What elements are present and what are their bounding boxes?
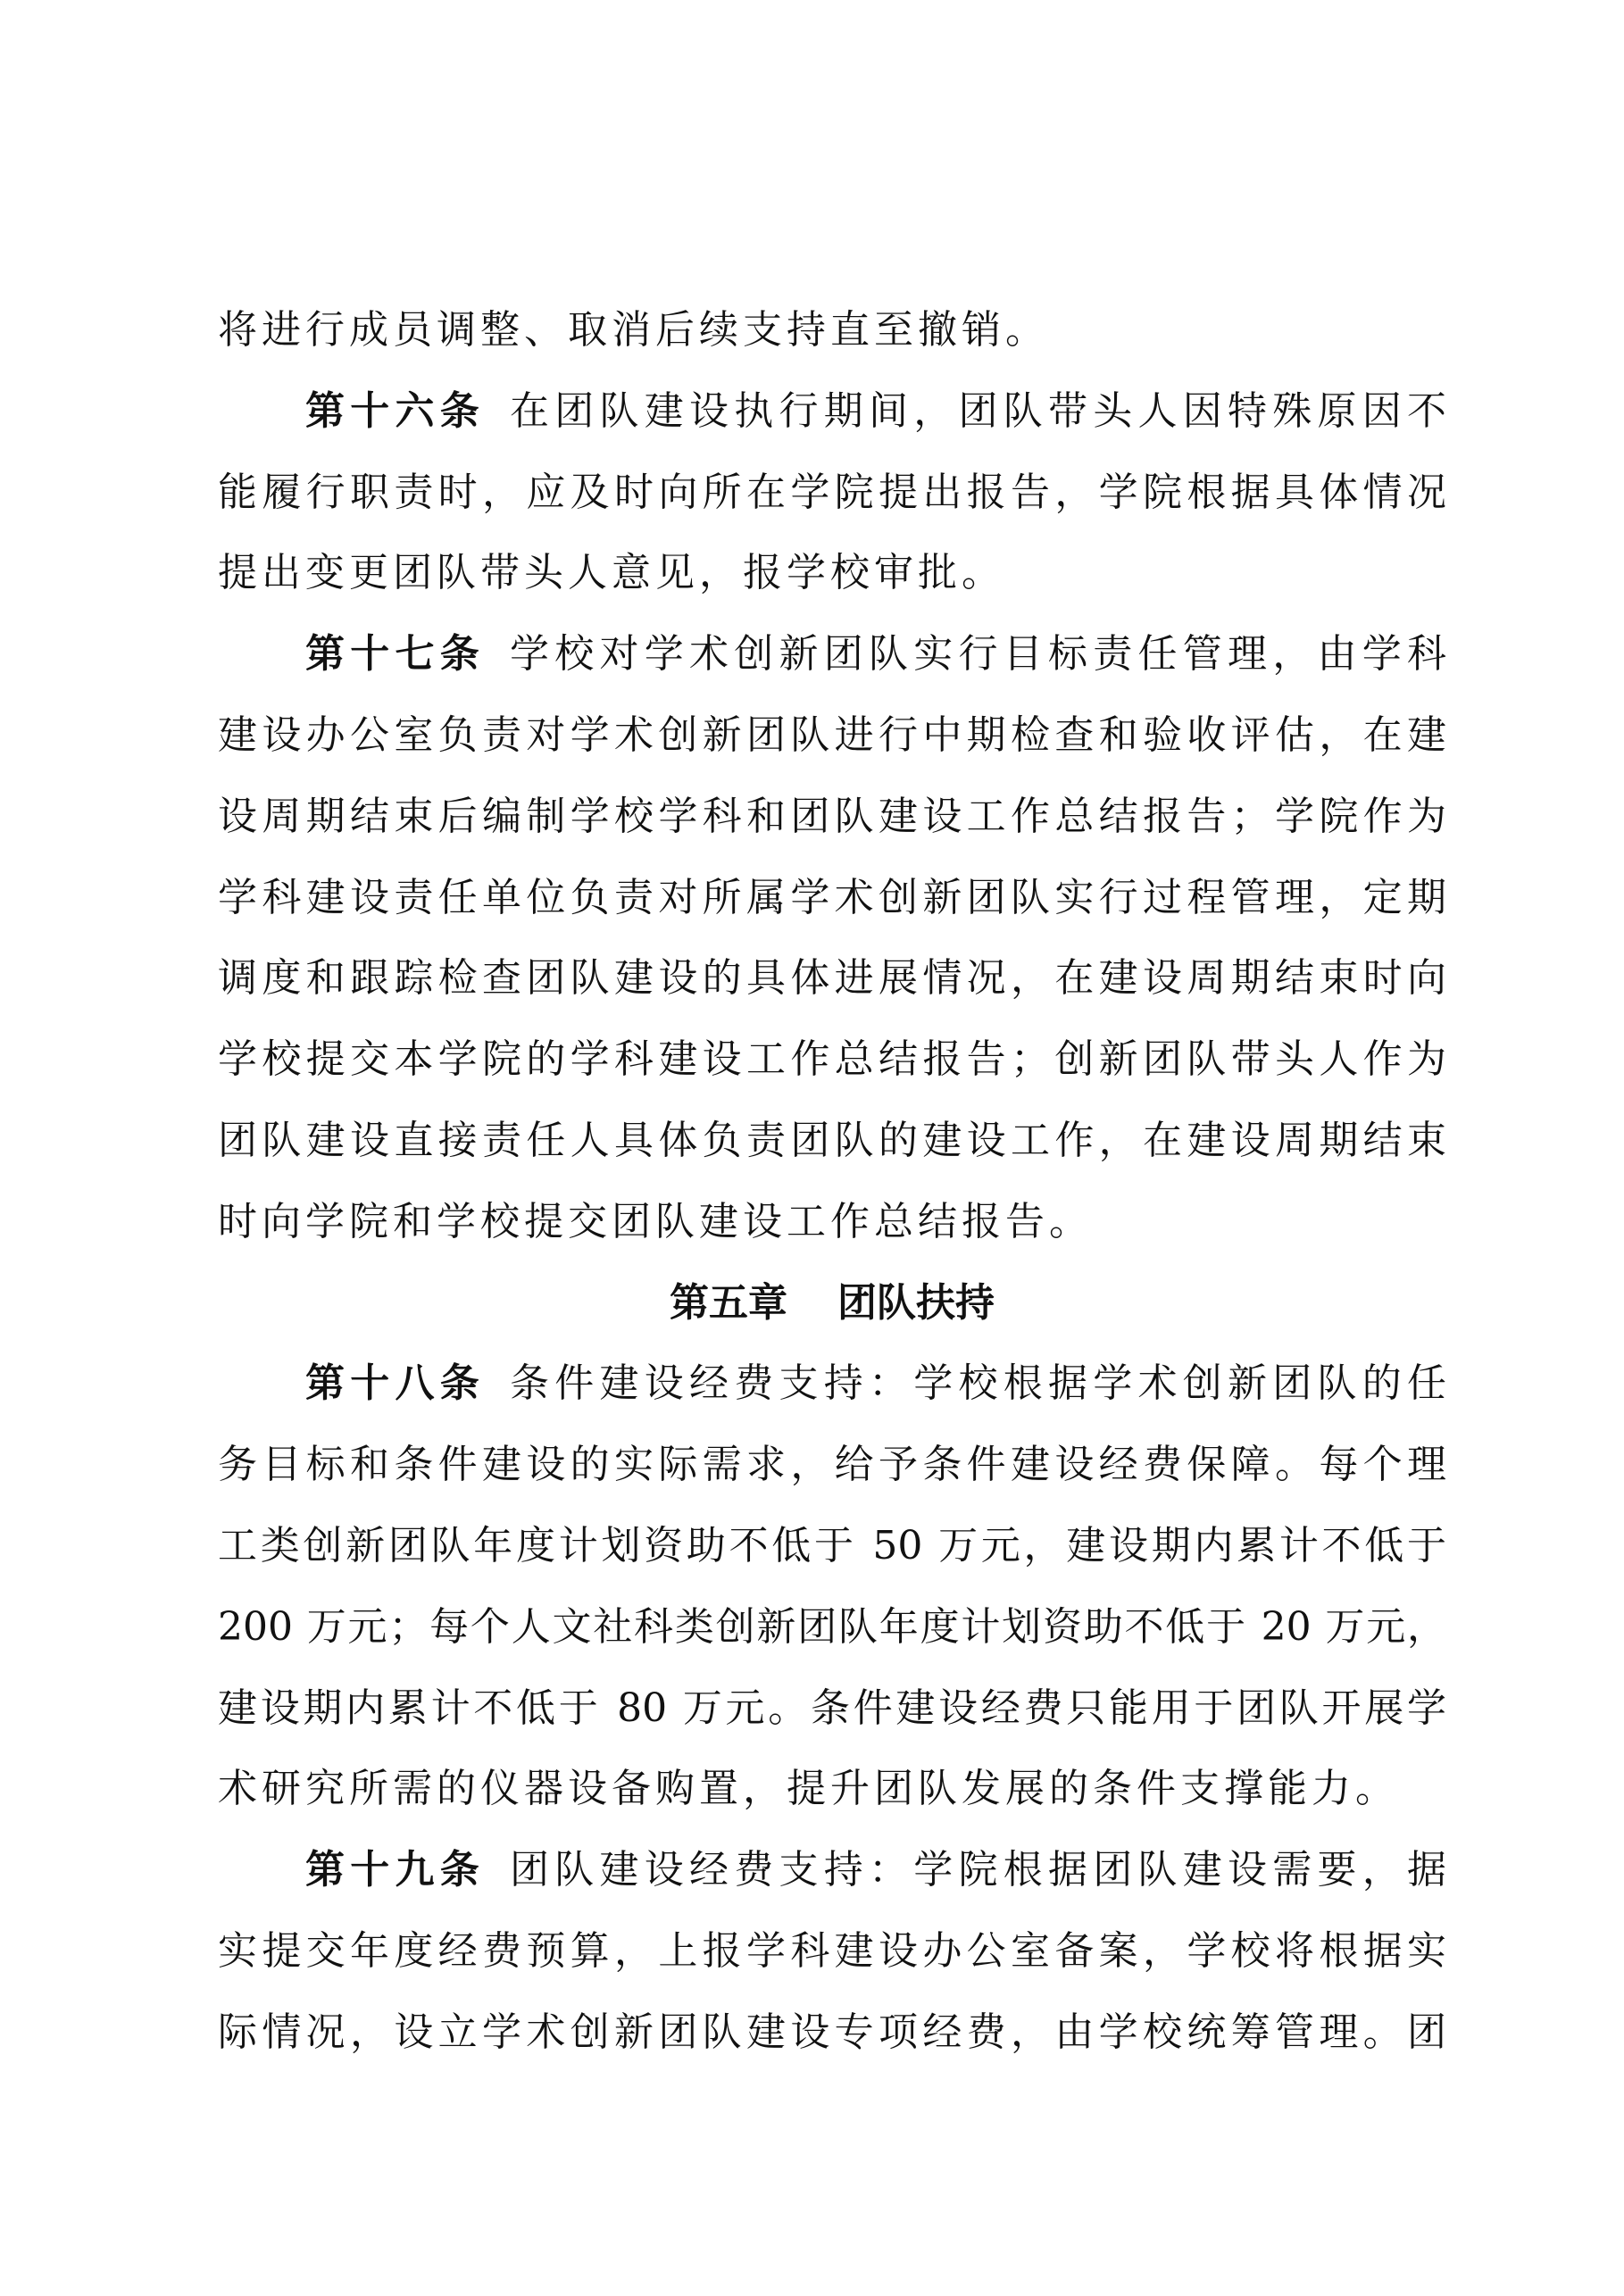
text-line: 建设办公室负责对学术创新团队进行中期检查和验收评估，在建 xyxy=(218,695,1446,777)
article-label: 第十八条 xyxy=(305,1360,485,1406)
chapter-heading: 第五章团队扶持 xyxy=(218,1263,1446,1344)
document-page: 将进行成员调整、取消后续支持直至撤销。 第十六条在团队建设执行期间，团队带头人因… xyxy=(218,290,1446,2074)
article-first-line: 第十八条条件建设经费支持：学校根据学术创新团队的任 xyxy=(218,1343,1446,1425)
article-label: 第十七条 xyxy=(305,631,485,677)
text-line: 调度和跟踪检查团队建设的具体进展情况，在建设周期结束时向 xyxy=(218,938,1446,1019)
text-line: 工类创新团队年度计划资助不低于 50 万元，建设期内累计不低于 xyxy=(218,1506,1446,1587)
text-span: 在团队建设执行期间，团队带头人因特殊原因不 xyxy=(510,388,1446,434)
text-line: 200 万元；每个人文社科类创新团队年度计划资助不低于 20 万元， xyxy=(218,1587,1446,1668)
article-label: 第十六条 xyxy=(305,388,485,434)
text-line: 学科建设责任单位负责对所属学术创新团队实行过程管理，定期 xyxy=(218,858,1446,939)
text-line: 时向学院和学校提交团队建设工作总结报告。 xyxy=(218,1182,1446,1263)
text-line: 学校提交本学院的学科建设工作总结报告；创新团队带头人作为 xyxy=(218,1019,1446,1101)
text-span: 条件建设经费支持：学校根据学术创新团队的任 xyxy=(510,1360,1446,1406)
article-first-line: 第十九条团队建设经费支持：学院根据团队建设需要，据 xyxy=(218,1830,1446,1911)
text-line: 设周期结束后编制学校学科和团队建设工作总结报告；学院作为 xyxy=(218,777,1446,858)
text-line: 团队建设直接责任人具体负责团队的建设工作，在建设周期结束 xyxy=(218,1101,1446,1182)
text-line: 际情况，设立学术创新团队建设专项经费，由学校统筹管理。团 xyxy=(218,1992,1446,2074)
text-line: 能履行职责时，应及时向所在学院提出报告，学院根据具体情况 xyxy=(218,453,1446,534)
article-first-line: 第十六条在团队建设执行期间，团队带头人因特殊原因不 xyxy=(218,371,1446,453)
text-line: 术研究所需的仪器设备购置，提升团队发展的条件支撑能力。 xyxy=(218,1749,1446,1830)
text-line: 提出变更团队带头人意见，报学校审批。 xyxy=(218,533,1446,614)
text-line: 将进行成员调整、取消后续支持直至撤销。 xyxy=(218,290,1446,371)
chapter-number: 第五章 xyxy=(670,1280,787,1326)
text-line: 实提交年度经费预算，上报学科建设办公室备案，学校将根据实 xyxy=(218,1911,1446,1992)
chapter-title: 团队扶持 xyxy=(837,1280,995,1326)
text-span: 学校对学术创新团队实行目标责任管理，由学科 xyxy=(510,631,1446,677)
article-label: 第十九条 xyxy=(305,1847,485,1893)
article-first-line: 第十七条学校对学术创新团队实行目标责任管理，由学科 xyxy=(218,614,1446,695)
text-line: 务目标和条件建设的实际需求，给予条件建设经费保障。每个理 xyxy=(218,1425,1446,1506)
text-span: 团队建设经费支持：学院根据团队建设需要，据 xyxy=(510,1847,1446,1893)
text-line: 建设期内累计不低于 80 万元。条件建设经费只能用于团队开展学 xyxy=(218,1668,1446,1750)
